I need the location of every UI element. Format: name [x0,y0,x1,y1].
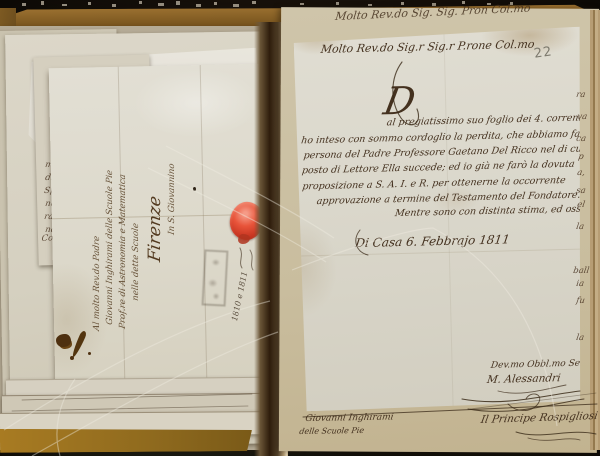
edge-fragment: la [575,222,584,232]
letter-signature: M. Alessandri [486,372,561,386]
letter-dateline: Di Casa 6. Febbrajo 1811 [355,232,511,250]
edge-fragment: la [575,333,584,343]
edge-fragment: ca [575,134,586,144]
address-line: nelle dette Scuole [131,105,141,302]
address-line: Giovanni Inghirami delle Scuole Pie [105,105,115,326]
address-line: In S. Giovannino [167,105,177,236]
edge-fragment: ia [575,279,584,289]
edge-fragment: va [576,112,587,122]
address-line: Prof.re di Astronomia e Matematica [118,105,128,330]
under-sheet-signature-name: Giovanni Inghirami [305,412,395,424]
letter-body-line: al pregiatissimo suo foglio dei 4. corre… [386,112,589,128]
page-number-pencil: 22 [533,44,554,62]
edge-fragment: a, [576,168,585,178]
edge-fragment: ball [572,266,590,276]
ink-blot-dot [88,352,91,355]
ink-blot [56,334,71,347]
edge-fragment: el [576,200,585,210]
postmark-stamp [202,249,229,306]
address-city: Firenze [145,105,165,263]
ochre-folder-edge [0,427,252,453]
ink-blot-dot [70,356,74,360]
ink-dot [193,187,196,191]
archive-photo: ınıſm ıllı ſmıın ıſe ıllım ſıa m di Sp n… [0,0,600,456]
letter-salutation: Molto Rev.do Sig.r Sig.r P.rone Col.mo [320,38,535,56]
letter-page: Molto Rev.do Sig.r Sig.r P.rone Col.mo 2… [293,27,590,412]
fold-crease [443,30,453,408]
book-fore-edge [590,10,600,450]
letter-closing: Dev.mo Obbl.mo Serv.t [490,358,595,371]
address-block: Al molto Rev.do Padre Giovanni Inghirami… [92,105,215,330]
letter-body-line: posto di Lettore Ella succede; ed io già… [301,159,575,177]
address-line: Al molto Rev.do Padre [92,105,102,332]
letter-body-line: Mentre sono con distinta stima, ed osseq… [394,203,600,219]
edge-fragment: fu [575,296,585,306]
fold-crease [299,248,587,256]
under-sheet-signature-affiliation: delle Scuole Pie [299,426,365,436]
letter-body-line: proposizione a S. A. I. e R. per ottener… [302,175,567,192]
edge-fragment: sa [575,186,586,196]
edge-fragment: ra [575,90,586,100]
